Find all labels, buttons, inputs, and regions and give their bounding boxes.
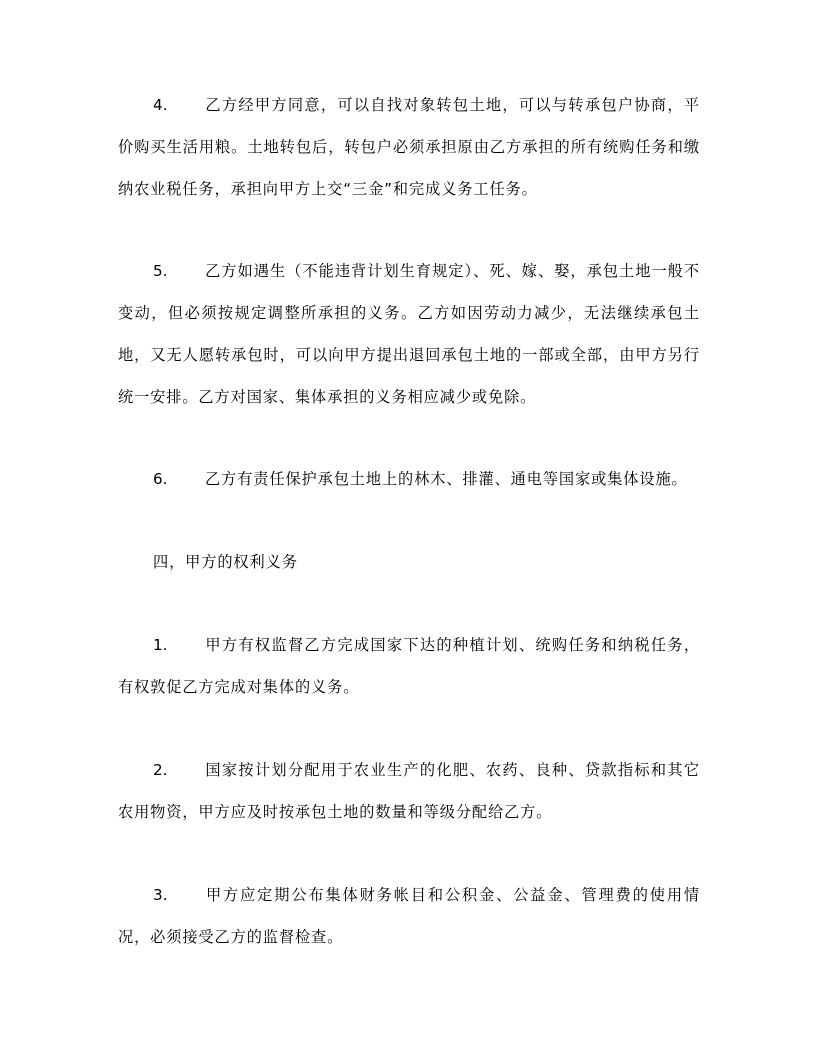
paragraph-text: 乙方经甲方同意，可以自找对象转包土地，可以与转承包户协商，平价购买生活用粮。土地… [118, 96, 700, 198]
paragraph-text: 甲方有权监督乙方完成国家下达的种植计划、统购任务和纳税任务，有权敦促乙方完成对集… [118, 636, 700, 696]
paragraph-5: 5.乙方如遇生（不能违背计划生育规定）、死、嫁、娶，承包土地一般不变动，但必须按… [118, 250, 700, 418]
section-paragraph-1: 1.甲方有权监督乙方完成国家下达的种植计划、统购任务和纳税任务，有权敦促乙方完成… [118, 624, 700, 708]
paragraph-number: 5. [118, 250, 205, 292]
section-paragraph-2: 2.国家按计划分配用于农业生产的化肥、农药、良种、贷款指标和其它农用物资，甲方应… [118, 749, 700, 833]
paragraph-text: 乙方有责任保护承包土地上的林木、排灌、通电等国家或集体设施。 [205, 470, 688, 488]
paragraph-6: 6.乙方有责任保护承包土地上的林木、排灌、通电等国家或集体设施。 [118, 458, 700, 500]
paragraph-number: 1. [118, 624, 205, 666]
section-heading: 四，甲方的权利义务 [153, 541, 298, 583]
paragraph-number: 4. [118, 84, 205, 126]
paragraph-4: 4.乙方经甲方同意，可以自找对象转包土地，可以与转承包户协商，平价购买生活用粮。… [118, 84, 700, 210]
paragraph-number: 2. [118, 749, 205, 791]
paragraph-number: 3. [118, 874, 205, 916]
paragraph-text: 乙方如遇生（不能违背计划生育规定）、死、嫁、娶，承包土地一般不变动，但必须按规定… [118, 262, 700, 406]
paragraph-text: 国家按计划分配用于农业生产的化肥、农药、良种、贷款指标和其它农用物资，甲方应及时… [118, 761, 700, 821]
section-paragraph-3: 3.甲方应定期公布集体财务帐目和公积金、公益金、管理费的使用情况，必须接受乙方的… [118, 874, 700, 958]
paragraph-number: 6. [118, 458, 205, 500]
paragraph-text: 甲方应定期公布集体财务帐目和公积金、公益金、管理费的使用情况，必须接受乙方的监督… [118, 886, 700, 946]
